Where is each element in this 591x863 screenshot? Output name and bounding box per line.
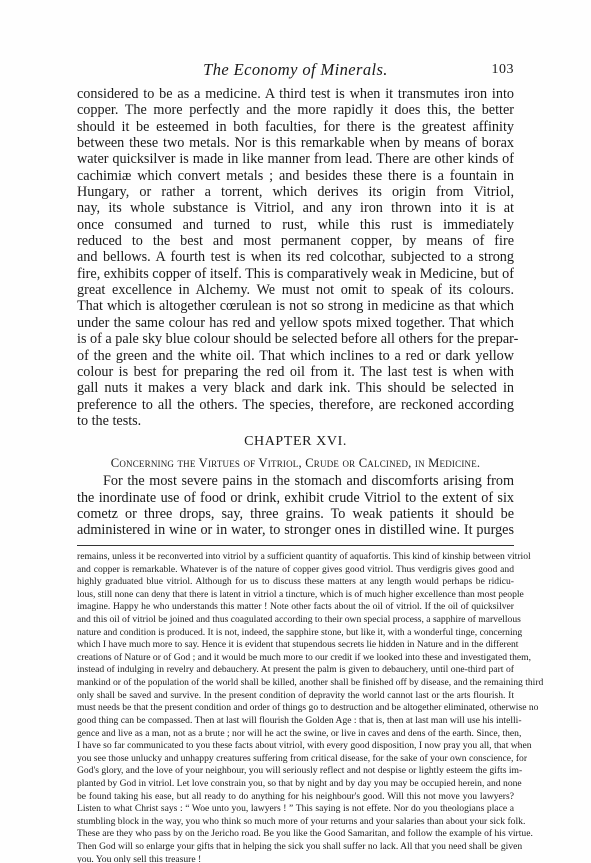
text-line: the inordinate use of food or drink, exh… [77, 490, 514, 506]
text-line: That which is altogether cœrulean is not… [77, 298, 514, 314]
footnote-line: you. You only sell this treasure ! [77, 854, 514, 863]
footnote-line: I have so far communicated to you these … [77, 740, 514, 753]
text-line: cometz or three drops, say, three grains… [77, 506, 514, 522]
footnote-line: you see those unlucky and unhappy creatu… [77, 753, 514, 766]
footnote-line: God's glory, and the love of your neighb… [77, 765, 514, 778]
paragraph-2: For the most severe pains in the stomach… [77, 473, 514, 538]
footnote-line: instead of indulging in revelry and deba… [77, 664, 514, 677]
footnote-line: and copper is remarkable. Whatever is of… [77, 564, 514, 577]
text-line: reduced to the best and most permanent c… [77, 233, 514, 249]
text-line: gall nuts it makes a very black and dark… [77, 380, 514, 396]
text-line: between these two metals. Nor is this re… [77, 135, 514, 151]
footnote-line: stumbling block in the way, you who thin… [77, 816, 514, 829]
text-line: under the same colour has red and yellow… [77, 315, 514, 331]
text-line: nay, its whole substance is Vitriol, and… [77, 200, 514, 216]
text-line: Hungary, or rather a torrent, which deri… [77, 184, 514, 200]
text-line: and bellows. A fourth test is when its r… [77, 249, 514, 265]
footnote-line: mankind or of the population of the worl… [77, 677, 514, 690]
footnote-line: Then God will so enlarge your gifts that… [77, 841, 514, 854]
footnote-line: Listen to what Christ says : “ Woe unto … [77, 803, 514, 816]
footnote-line: which I have much more to say. Hence it … [77, 639, 514, 652]
text-line: preference to all the others. The specie… [77, 397, 514, 413]
footnote-line: remains, unless it be reconverted into v… [77, 551, 514, 564]
footnote-line: be found taking his ease, but all ready … [77, 791, 514, 804]
chapter-heading: CHAPTER XVI. [77, 431, 514, 453]
book-page: The Economy of Minerals. 103 considered … [0, 0, 591, 863]
footnote-line: imagine. Happy he who understands this m… [77, 601, 514, 614]
footnote-divider [77, 545, 514, 546]
footnote-line: planted by God in vitriol. Let love cons… [77, 778, 514, 791]
text-line: of the green and the white oil. That whi… [77, 348, 514, 364]
footnote-line: only shall be saved and survive. In the … [77, 690, 514, 703]
text-line: administered in wine or in water, to str… [77, 522, 514, 538]
footnote-line: and this oil of vitriol be joined and th… [77, 614, 514, 627]
text-line: copper. The more perfectly and the more … [77, 102, 514, 118]
page-number: 103 [492, 62, 515, 78]
text-line: should it be esteemed in both faculties,… [77, 119, 514, 135]
footnote-line: creations of Nature or of God ; and it w… [77, 652, 514, 665]
text-line: great excellence in Alchemy. We must not… [77, 282, 514, 298]
text-line: to the tests. [77, 413, 514, 429]
footnote-line: These are they who pass by on the Jerich… [77, 828, 514, 841]
text-line: once consumed and turned to rust, while … [77, 217, 514, 233]
footnote-line: must needs be that the present condition… [77, 702, 514, 715]
text-line: colour is best for preparing the red oil… [77, 364, 514, 380]
text-line: cachimiæ which convert metals ; and besi… [77, 168, 514, 184]
text-line: is of a pale sky blue colour should be s… [77, 331, 514, 347]
text-line: considered to be as a medicine. A third … [77, 86, 514, 102]
chapter-subtitle: Concerning the Virtues of Vitriol, Crude… [77, 453, 514, 473]
footnote-line: highly graduated blue vitriol. Although … [77, 576, 514, 589]
text-line: fire, exhibits copper of itself. This is… [77, 266, 514, 282]
running-title: The Economy of Minerals. [77, 60, 514, 80]
footnote-line: lous, still none can deny that there is … [77, 589, 514, 602]
footnote-line: gence and live as a man, not as a brute … [77, 728, 514, 741]
footnote-line: good thing can be compassed. Then at las… [77, 715, 514, 728]
footnote-line: nature and condition is produced. It is … [77, 627, 514, 640]
footnotes: remains, unless it be reconverted into v… [77, 551, 514, 863]
text-line: water quicksilver is made in like manner… [77, 151, 514, 167]
running-head: The Economy of Minerals. 103 [77, 60, 514, 82]
body-text: considered to be as a medicine. A third … [77, 86, 514, 539]
paragraph-1: considered to be as a medicine. A third … [77, 86, 514, 429]
text-line: For the most severe pains in the stomach… [77, 473, 514, 489]
